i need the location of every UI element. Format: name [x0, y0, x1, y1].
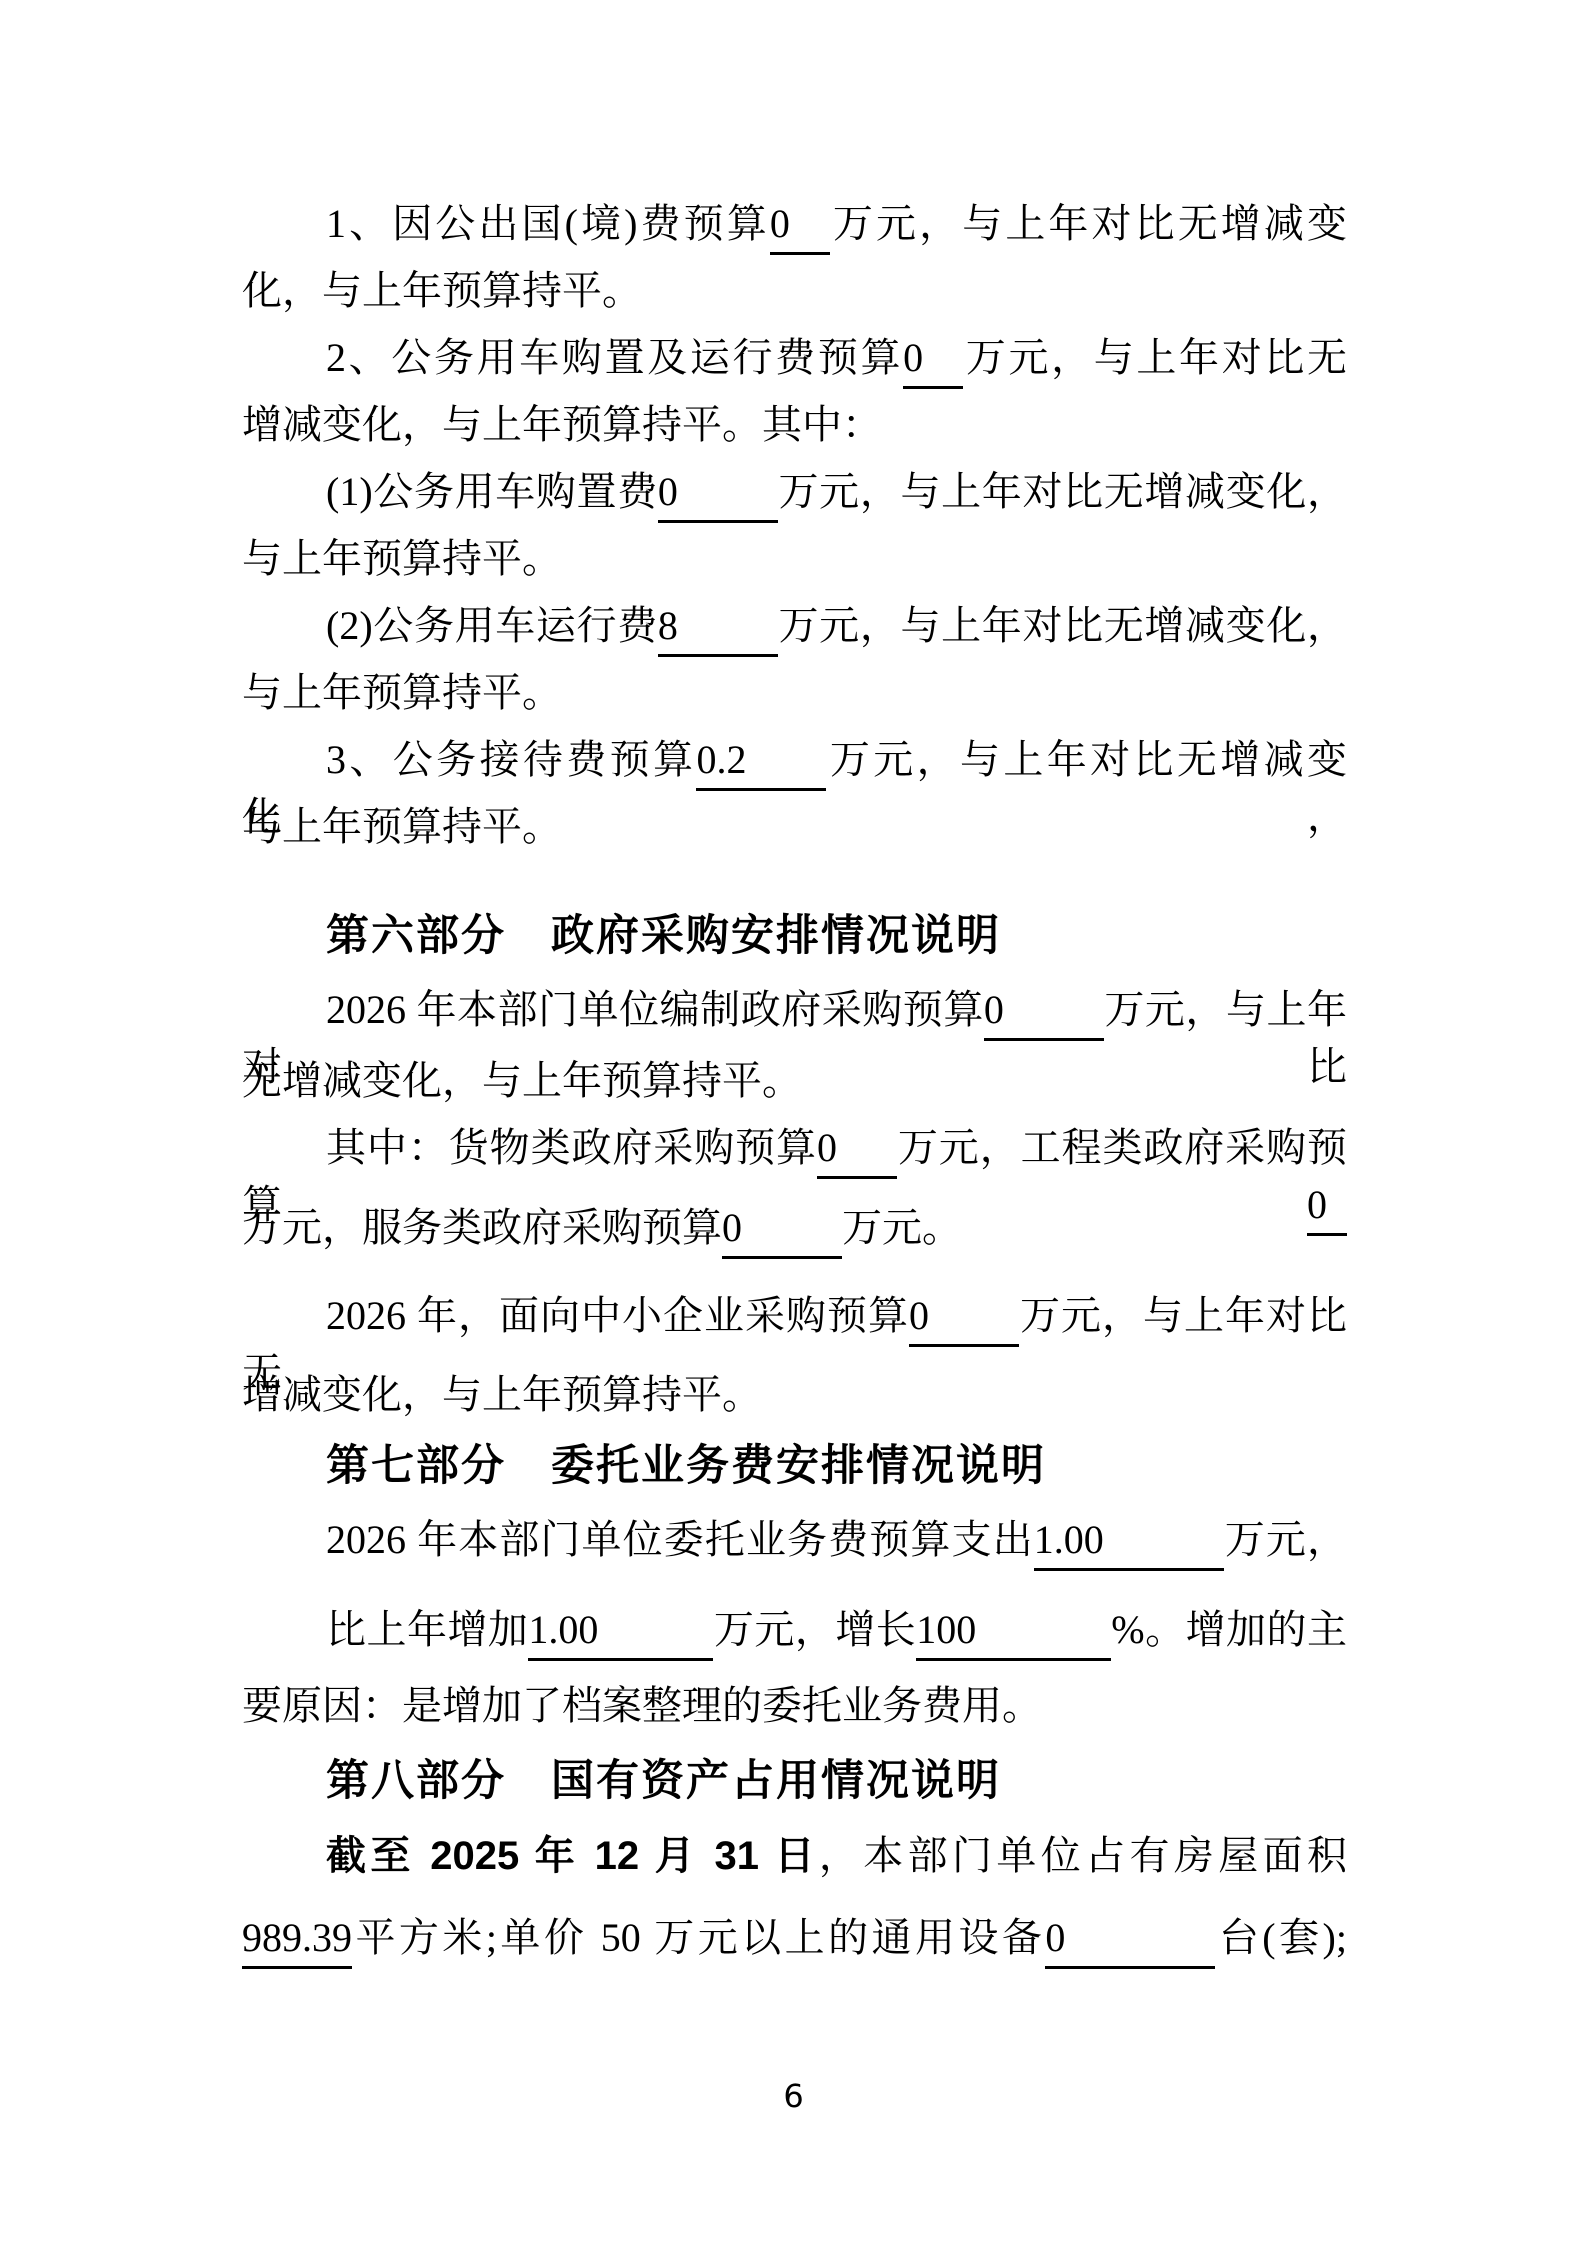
value-procurement-budget: 0: [984, 984, 1104, 1041]
text-run: 化，与上年预算持平。: [242, 268, 642, 313]
text-run: (1)公务用车购置费: [326, 469, 658, 514]
heading-part7-entrusted-services: 第七部分 委托业务费安排情况说明: [242, 1440, 1347, 1492]
text-run: 与上年预算持平。: [242, 804, 562, 849]
text-run: 1、因公出国(境)费预算: [326, 201, 770, 246]
text-run: 万元，服务类政府采购预算: [242, 1205, 722, 1250]
line-entrust-increase: 比上年增加1.00万元，增长100%。增加的主: [242, 1604, 1347, 1661]
text-run: 平方米;单价 50 万元以上的通用设备: [352, 1915, 1045, 1960]
text-run: 与上年预算持平。: [242, 536, 562, 581]
line-entrust-budget: 2026 年本部门单位委托业务费预算支出1.00万元，: [242, 1514, 1347, 1571]
text-run: 2、公务用车购置及运行费预算: [326, 335, 903, 380]
text-run: 万元，与上年对比无: [963, 335, 1347, 380]
text-run: 台(套);: [1215, 1915, 1347, 1960]
line-vehicle-purchase-fee-cont: 与上年预算持平。: [242, 533, 1347, 585]
value-entrust-budget: 1.00: [1034, 1514, 1224, 1571]
text-run: 其中：货物类政府采购预算: [326, 1125, 817, 1170]
text-run: 3、公务接待费预算: [326, 737, 696, 782]
text-run: 增减变化，与上年预算持平。其中：: [242, 402, 882, 447]
line-sme-procurement-cont: 增减变化，与上年预算持平。: [242, 1369, 1347, 1421]
value-reception-budget: 0.2: [696, 734, 826, 791]
text-run: 比上年增加: [326, 1607, 528, 1652]
line-vehicle-total-budget: 2、公务用车购置及运行费预算0万元，与上年对比无: [242, 332, 1347, 389]
text-run: 2026 年本部门单位编制政府采购预算: [326, 987, 984, 1032]
value-entrust-increase-amount: 1.00: [528, 1604, 713, 1661]
heading-part6-gov-procurement: 第六部分 政府采购安排情况说明: [242, 910, 1347, 962]
text-run: 万元。: [842, 1205, 962, 1250]
line-vehicle-operation-fee-cont: 与上年预算持平。: [242, 667, 1347, 719]
value-vehicle-purchase-fee: 0: [658, 466, 778, 523]
value-vehicle-total-budget: 0: [903, 332, 963, 389]
text-run: %。增加的主: [1111, 1607, 1347, 1652]
value-sme-procurement: 0: [909, 1290, 1019, 1347]
line-entrust-reason: 要原因：是增加了档案整理的委托业务费用。: [242, 1680, 1347, 1732]
line-procurement-categories-cont: 万元，服务类政府采购预算0万元。: [242, 1202, 1347, 1259]
text-run: 增减变化，与上年预算持平。: [242, 1372, 762, 1417]
line-vehicle-total-budget-cont: 增减变化，与上年预算持平。其中：: [242, 399, 1347, 451]
text-run: 2026 年，面向中小企业采购预算: [326, 1293, 909, 1338]
line-vehicle-purchase-fee: (1)公务用车购置费0万元，与上年对比无增减变化，: [242, 466, 1347, 523]
line-reception-budget-cont: 与上年预算持平。: [242, 801, 1347, 853]
text-run: 要原因：是增加了档案整理的委托业务费用。: [242, 1683, 1042, 1728]
text-run: (2)公务用车运行费: [326, 603, 658, 648]
line-overseas-travel-budget-cont: 化，与上年预算持平。: [242, 265, 1347, 317]
text-run: 万元，: [1224, 1517, 1347, 1562]
date-asof: 截至 2025 年 12 月 31 日: [326, 1834, 819, 1878]
text-run: 无增减变化，与上年预算持平。: [242, 1058, 802, 1103]
text-run: 与上年预算持平。: [242, 670, 562, 715]
value-vehicle-operation-fee: 8: [658, 600, 778, 657]
value-overseas-travel-budget: 0: [770, 198, 830, 255]
heading-part8-state-assets: 第八部分 国有资产占用情况说明: [242, 1755, 1347, 1807]
line-assets-asof-date: 截至 2025 年 12 月 31 日，本部门单位占有房屋面积: [242, 1830, 1347, 1882]
line-vehicle-operation-fee: (2)公务用车运行费8万元，与上年对比无增减变化，: [242, 600, 1347, 657]
text-run: 万元，与上年对比无增减变化，: [778, 469, 1347, 514]
line-procurement-budget-cont: 无增减变化，与上年预算持平。: [242, 1055, 1347, 1107]
heading-text: 第七部分 委托业务费安排情况说明: [326, 1442, 1046, 1490]
text-run: ，本部门单位占有房屋面积: [819, 1833, 1347, 1878]
text-run: 万元，增长: [713, 1607, 916, 1652]
value-services-procurement: 0: [722, 1202, 842, 1259]
value-building-area: 989.39: [242, 1912, 352, 1969]
heading-text: 第六部分 政府采购安排情况说明: [326, 912, 1001, 960]
value-equipment-count: 0: [1045, 1912, 1215, 1969]
value-goods-procurement: 0: [817, 1122, 897, 1179]
line-assets-detail: 989.39平方米;单价 50 万元以上的通用设备0台(套);: [242, 1912, 1347, 1969]
text-run: 2026 年本部门单位委托业务费预算支出: [326, 1517, 1034, 1562]
value-entrust-growth-percent: 100: [916, 1604, 1111, 1661]
document-page: 1、因公出国(境)费预算0万元，与上年对比无增减变 化，与上年预算持平。 2、公…: [0, 0, 1587, 2245]
text-run: 万元，与上年对比无增减变化，: [778, 603, 1347, 648]
line-overseas-travel-budget: 1、因公出国(境)费预算0万元，与上年对比无增减变: [242, 198, 1347, 255]
page-number: 6: [0, 2076, 1587, 2116]
heading-text: 第八部分 国有资产占用情况说明: [326, 1757, 1001, 1805]
text-run: 万元，与上年对比无增减变: [830, 201, 1347, 246]
